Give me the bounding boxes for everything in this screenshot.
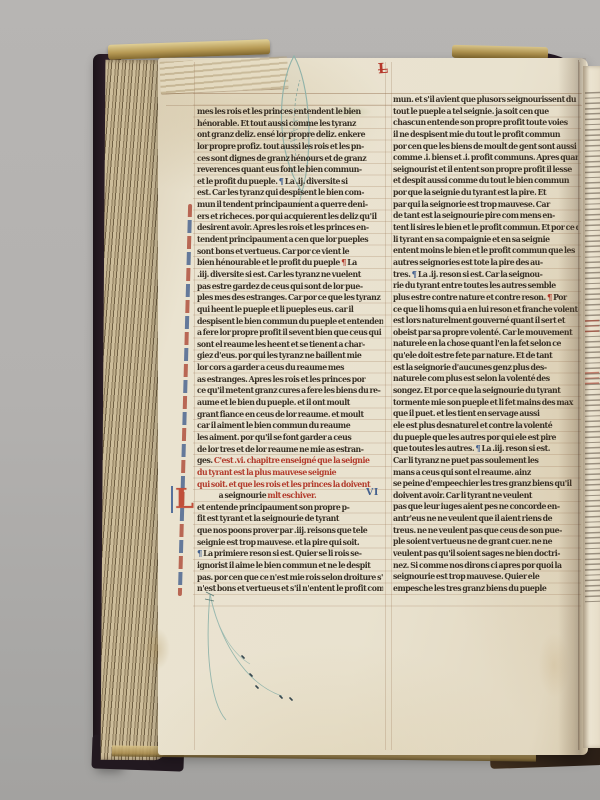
manuscript-line: ele est plus desnaturel et contre la vol… [393,420,578,432]
manuscript-line: mun il tendent principaument a querre de… [197,199,383,211]
ink-text: plus estre contre nature et contre reson… [393,293,547,302]
clasp-top-left [108,39,270,60]
ink-text: por que la seignie du tyrant est la pire… [393,188,546,197]
ink-text: mun il tendent principaument a querre de… [197,200,368,209]
manuscript-line: du pueple que les autres por qui ele est… [393,432,578,444]
manuscript-line: que nos poons prover par .iij. reisons q… [197,525,383,537]
ink-text: par qui la seignorie est trop mauvese. C… [393,200,550,209]
manuscript-line: naturele com plus est selon la volenté d… [393,373,578,385]
ink-text: seignourist et il entent son propre prof… [393,165,572,174]
ink-text: n'est bons et vertueus et s'il n'entent … [197,584,383,593]
ink-text: tormente mie son pueple et li fet mains … [393,398,573,407]
manuscript-line: empesche les tres granz biens du pueple [393,583,578,595]
manuscript-line: les aiment. por qu'il se font garder a c… [197,432,383,444]
manuscript-line: entent moins le bien et le profit commun… [393,245,578,257]
ink-text: que nos poons prover par .iij. reisons q… [197,526,367,535]
manuscript-line: tendent principaument a cen que lor puep… [197,234,383,246]
manuscript-line: desirent avoir. Apres les rois et les pr… [197,222,383,234]
manuscript-line: tres. ¶ La .ij. reson si est. Car la sei… [393,269,578,281]
manuscript-line: tent li sires le bien et le profit commu… [393,222,578,234]
text-column-right: mun. et s'il avient que plusors seignour… [393,94,578,595]
manuscript-line: a fere lor propre profit il sevent bien … [197,327,383,339]
ink-text: est la seignorie d'aucunes genz plus des… [393,363,547,372]
chapter-numeral: VI [366,488,379,498]
manuscript-line: ¶ La primiere reson si est. Quier se li … [197,548,383,560]
manuscript-line: de tant est la seignourie pire com mens … [393,210,578,222]
ink-text: tendent principaument a cen que lor puep… [197,235,368,244]
ink-text: Car li tyranz ne puet pas soulement les [393,456,538,465]
manuscript-line: chascun entende son propre profit toute … [393,117,578,129]
ink-text: de tant est la seignourie pire com mens … [393,211,555,220]
ink-text: que toutes les autres. [393,444,475,453]
ink-text: entent moins le bien et le profit commun… [393,246,575,255]
ink-text: por cen que les biens de moult de gent s… [393,142,576,151]
ink-text: naturele com plus est selon la volenté d… [393,374,550,383]
manuscript-line: giez d'eus. por qui les tyranz ne baille… [197,350,383,362]
ink-text: doivent avoir. Car li tyrant ne veulent [393,491,532,500]
manuscript-line: doivent avoir. Car li tyrant ne veulent [393,490,578,502]
manuscript-line: songez. Et por ce que la seignourie du t… [393,385,578,397]
margin-flourish-bottom [184,590,354,740]
manuscript-line: veulent pas qu'il soient sages ne bien d… [393,548,578,560]
manuscript-line: por que la seignie du tyrant est la pire… [393,187,578,199]
ink-text: veulent pas qu'il soient sages ne bien d… [393,549,560,558]
manuscript-line: seignourie est trop mauvese. Quier ele [393,571,578,583]
manuscript-line: nez. Si comme nos dirons ci apres por qu… [393,560,578,572]
ink-text: ple soient vertueus ne de grant cuer. ne… [393,537,552,546]
manuscript-line: mans a ceus qui sont el reaume. ainz [393,467,578,479]
facing-page-rubric-lines [585,372,599,388]
manuscript-line: treus. ne ne veulent pas que ceus de son… [393,525,578,537]
ink-text: a fere lor propre profit il sevent bien … [197,328,381,337]
rubric-text: qui soit. et que les rois et les princes… [197,480,370,489]
ink-text: tent li sires le bien et le profit commu… [393,223,578,232]
manuscript-line: sont bons et vertueus. Car por ce vient … [197,246,383,258]
manuscript-line: .iij. diversite si est. Car les tyranz n… [197,269,383,281]
ink-text: il ne despisent mie du tout le profit co… [393,130,560,139]
ink-text: est lors naturelment gouverné quant il s… [393,316,565,325]
ink-text: songez. Et por ce que la seignourie du t… [393,386,560,395]
manuscript-line: il ne despisent mie du tout le profit co… [393,129,578,141]
rubric-text: C'est .vi. chapitre enseigné que la seig… [214,456,370,465]
manuscript-line: et entende principaument son propre p- [197,502,383,514]
ink-text: mes les rois et les princes entendent le… [197,107,361,116]
ink-text: mans a ceus qui sont el reaume. ainz [393,468,531,477]
manuscript-line: tormente mie son pueple et li fet mains … [393,397,578,409]
ink-text: tout le pueple a tel seignie. ja soit ce… [393,107,549,116]
manuscript-line: et le profit du pueple. ¶ La .ij. divers… [197,176,383,188]
manuscript-line: qui soit. et que les rois et les princes… [197,479,383,491]
ink-text: est. Car les tyranz qui despisent le bie… [197,188,364,197]
manuscript-line: antr'eus ne ne veulent que il aient rien… [393,513,578,525]
manuscript-line: Car li tyranz ne puet pas soulement les [393,455,578,467]
manuscript-line: tout le pueple a tel seignie. ja soit ce… [393,106,578,118]
ink-text: nez. Si comme nos dirons ci apres por qu… [393,561,562,570]
ink-text: despisent le bien commun du pueple et en… [197,317,383,326]
manuscript-line: n'est bons et vertueus et s'il n'entent … [197,583,383,595]
manuscript-line: car il aiment le bien commun du reaume [197,420,383,432]
manuscript-line: grant fiance en ceus de lor reaume. et m… [197,409,383,421]
folio-chapter-mark: L [378,62,389,77]
ink-text: hénorable. Et tout aussi comme les tyran… [197,119,356,128]
ink-text: li tyrant en sa compaignie et en sa seig… [393,235,550,244]
ink-text: ers et richeces. por qui acquierent les … [197,212,377,221]
page-fold-line [578,60,579,750]
ink-text: a seignourie [219,491,268,500]
ink-text: naturele en la chose quant l'en la fet s… [393,339,561,348]
manuscript-line: qu'ele doit estre fete par nature. Et de… [393,350,578,362]
manuscript-line: que il puet. et les tient en servage aus… [393,408,578,420]
ink-text: et le profit du pueple. [197,177,279,186]
ink-text: La [346,258,357,267]
vertical-ruling-line [385,62,386,750]
ink-text: treus. ne ne veulent pas que ceus de son… [393,526,562,535]
ink-text: obeist par sa propre volenté. Car le mou… [393,328,572,337]
ink-text: ples mes des estranges. Car por ce que l… [197,293,380,302]
ink-text: comme .i. biens et .i. profit communs. A… [393,153,578,162]
ink-text: ce que li homs qui a en lui reson et fra… [393,305,578,314]
manuscript-line: que toutes les autres. ¶ La .iij. reson … [393,443,578,455]
manuscript-line: bien hénourable et le profit du pueple ¶… [197,257,383,269]
ink-text: se peine d'empeechier les tres granz bie… [393,479,572,488]
manuscript-line: est lors naturelment gouverné quant il s… [393,315,578,327]
manuscript-line: se peine d'empeechier les tres granz bie… [393,478,578,490]
manuscript-line: plus estre contre nature et contre reson… [393,292,578,304]
ink-text: qu'ele doit estre fete par nature. Et de… [393,351,552,360]
ink-text: car il aiment le bien commun du reaume [197,421,350,430]
ink-text: et entende principaument son propre p- [197,503,349,512]
ink-text: lor cors a garder a ceus du reaume mes [197,363,344,372]
ink-text: pas estre gardez de ceus qui sont de lor… [197,282,363,291]
page-gutter-shadow [558,58,586,755]
facing-page-rubric-lines [585,320,599,336]
manuscript-line: li tyrant en sa compaignie et en sa seig… [393,234,578,246]
ink-text: mun. et s'il avient que plusors seignour… [393,95,576,104]
manuscript-line: qui heent le pueple et li pueples eus. c… [197,304,383,316]
manuscript-line: reverences quant eus font le bien commun… [197,164,383,176]
decorated-initial-letter: L [171,486,194,513]
manuscript-line: mes les rois et les princes entendent le… [197,106,383,118]
manuscript-line: ce qu'il metent granz cures a fere les b… [197,385,383,397]
ink-text: autres seignories est tote la pire des a… [393,258,543,267]
ink-text: tres. [393,270,412,279]
ink-text: empesche les tres granz biens du pueple [393,584,546,593]
ink-text: La primiere reson si est. Quier se li ro… [202,549,362,558]
manuscript-line: rie du tyrant entre toutes les autres se… [393,280,578,292]
manuscript-line: naturele en la chose quant l'en la fet s… [393,338,578,350]
ink-text: que il puet. et les tient en servage aus… [393,409,540,418]
manuscript-line: est. Car les tyranz qui despisent le bie… [197,187,383,199]
manuscript-line: lor propre profiz. tout aussi les rois e… [197,141,383,153]
manuscript-line: par qui la seignorie est trop mauvese. C… [393,199,578,211]
ink-text: .iij. diversite si est. Car les tyranz n… [197,270,361,279]
manuscript-photo: L mes les rois et les princes entendent … [0,0,600,800]
ink-text: et despit aussi comme du tout le bien co… [393,176,569,185]
ink-text: chascun entende son propre profit toute … [393,118,568,127]
manuscript-line: aume et le bien du pueple. et il ont mou… [197,397,383,409]
ink-text: La .iij. reson si est. [480,444,550,453]
manuscript-line: a seignourie mlt eschiver. [197,490,383,502]
pen-flourish-dots [242,656,292,700]
manuscript-line: ce que li homs qui a en lui reson et fra… [393,304,578,316]
text-column-left: mes les rois et les princes entendent le… [197,106,383,595]
manuscript-line: ignorist il aime le bien commun et ne le… [197,560,383,572]
manuscript-line: seignourist et il entent son propre prof… [393,164,578,176]
manuscript-line: et despit aussi comme du tout le bien co… [393,175,578,187]
manuscript-line: ers et richeces. por qui acquierent les … [197,211,383,223]
manuscript-line: ges. C'est .vi. chapitre enseigné que la… [197,455,383,467]
manuscript-line: hénorable. Et tout aussi comme les tyran… [197,118,383,130]
manuscript-line: lor cors a garder a ceus du reaume mes [197,362,383,374]
manuscript-line: por cen que les biens de moult de gent s… [393,141,578,153]
ink-text: antr'eus ne ne veulent que il aient rien… [393,514,552,523]
ink-text: as estranges. Apres les rois et les prin… [197,375,365,384]
ink-text: pas. por cen que ce n'est mie rois selon… [197,573,383,582]
ink-text: pas que leur iuges aient pes ne concorde… [393,502,560,511]
ink-text: du pueple que les autres por qui ele est… [393,433,556,442]
manuscript-line: comme .i. biens et .i. profit communs. A… [393,152,578,164]
vertical-ruling-line [391,62,392,750]
ink-text: les aiment. por qu'il se font garder a c… [197,433,351,442]
manuscript-line: de lor tres et de lor reaume ne mie as e… [197,444,383,456]
ink-text: La .ij. diversite si [284,177,348,186]
manuscript-line: sont el reaume les heent et se tienent a… [197,339,383,351]
facing-page-text-lines [585,92,600,607]
manuscript-line: est la seignorie d'aucunes genz plus des… [393,362,578,374]
manuscript-line: autres seignories est tote la pire des a… [393,257,578,269]
parchment-stain [144,628,170,670]
ink-text: sont bons et vertueus. Car por ce vient … [197,247,349,256]
ink-text: seignie est trop mauvese. et la pire qui… [197,538,359,547]
manuscript-line: pas estre gardez de ceus qui sont de lor… [197,281,383,293]
pen-flourish-line [210,594,282,696]
ink-text: rie du tyrant entre toutes les autres se… [393,281,556,290]
manuscript-line: seignie est trop mauvese. et la pire qui… [197,537,383,549]
manuscript-line: fit est tyrant et la seignourie de tyran… [197,513,383,525]
manuscript-line: obeist par sa propre volenté. Car le mou… [393,327,578,339]
rubric-text: du tyrant est la plus mauvese seignie [197,468,336,477]
pen-flourish-line [210,594,250,664]
manuscript-line: pas que leur iuges aient pes ne concorde… [393,501,578,513]
ink-text: reverences quant eus font le bien commun… [197,165,362,174]
ink-text: fit est tyrant et la seignourie de tyran… [197,514,339,523]
ink-text: ce qu'il metent granz cures a fere les b… [197,386,380,395]
ink-text: ges. [197,456,214,465]
manuscript-line: ont granz deliz. ensé lor propre deliz. … [197,129,383,141]
ink-text: bien hénourable et le profit du pueple [197,258,341,267]
ink-text: de lor tres et de lor reaume ne mie as e… [197,445,364,454]
ink-text: ele est plus desnaturel et contre la vol… [393,421,552,430]
ink-text: qui heent le pueple et li pueples eus. c… [197,305,353,314]
ink-text: desirent avoir. Apres les rois et les pr… [197,223,369,232]
manuscript-line: ples mes des estranges. Car por ce que l… [197,292,383,304]
manuscript-line: pas. por cen que ce n'est mie rois selon… [197,572,383,584]
manuscript-line: despisent le bien commun du pueple et en… [197,316,383,328]
rubric-text: mlt eschiver. [267,491,316,500]
manuscript-line: mun. et s'il avient que plusors seignour… [393,94,578,106]
manuscript-line: ces sont dignes de granz hénours et de g… [197,153,383,165]
ink-text: giez d'eus. por qui les tyranz ne baille… [197,351,361,360]
ink-text: ignorist il aime le bien commun et ne le… [197,561,370,570]
ink-text: aume et le bien du pueple. et il ont mou… [197,398,350,407]
ink-text: lor propre profiz. tout aussi les rois e… [197,142,364,151]
pen-flourish-line [208,594,226,720]
ink-text: grant fiance en ceus de lor reaume. et m… [197,410,364,419]
ink-text: ont granz deliz. ensé lor propre deliz. … [197,130,365,139]
ink-text: ces sont dignes de granz hénours et de g… [197,154,366,163]
manuscript-line: du tyrant est la plus mauvese seignie [197,467,383,479]
manuscript-line: as estranges. Apres les rois et les prin… [197,374,383,386]
ink-text: seignourie est trop mauvese. Quier ele [393,572,539,581]
ink-text: La .ij. reson si est. Car la seignou- [417,270,543,279]
manuscript-line: ple soient vertueus ne de grant cuer. ne… [393,536,578,548]
ink-text: sont el reaume les heent et se tienent a… [197,340,365,349]
